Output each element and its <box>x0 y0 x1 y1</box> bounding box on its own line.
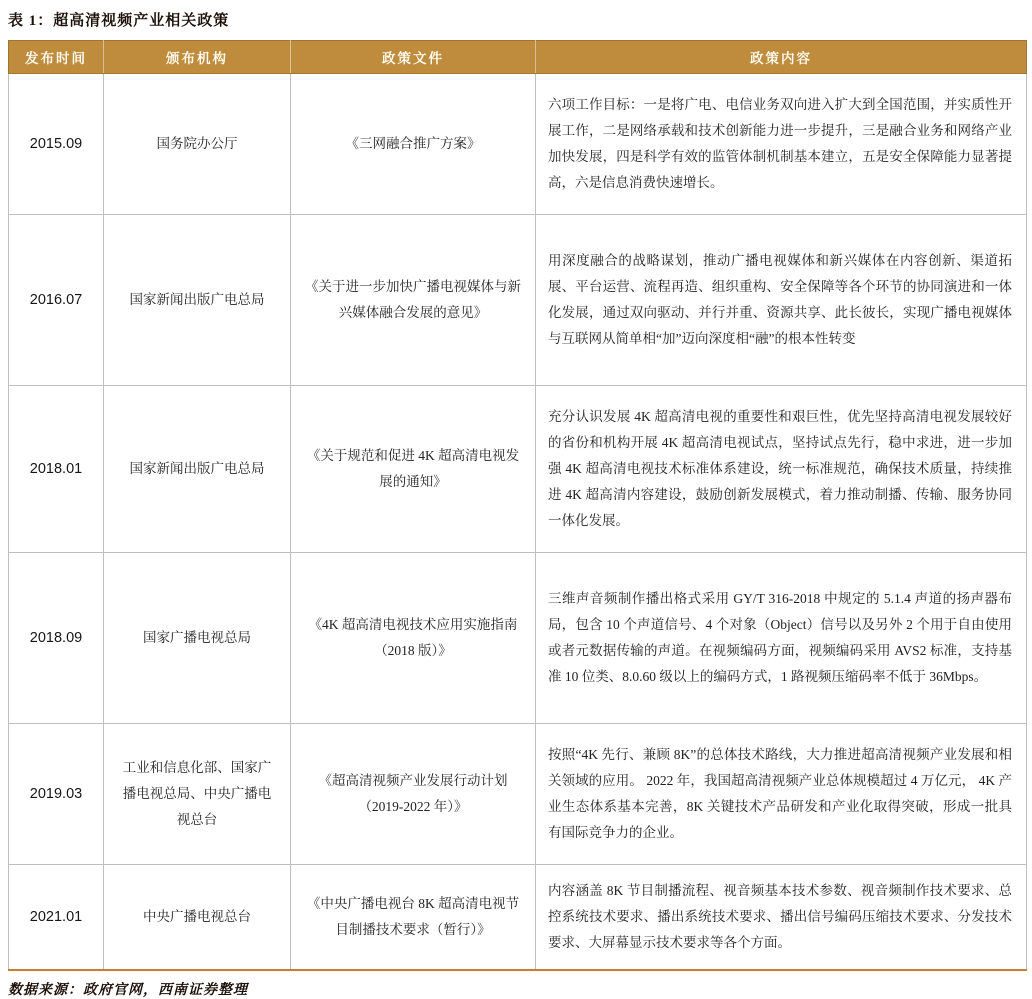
cell-publish-date: 2018.01 <box>9 386 104 553</box>
cell-policy-document: 《超高清视频产业发展行动计划（2019-2022 年）》 <box>291 724 536 865</box>
cell-publish-date: 2019.03 <box>9 724 104 865</box>
cell-policy-document: 《关于规范和促进 4K 超高清电视发展的通知》 <box>291 386 536 553</box>
table-row: 2018.01 国家新闻出版广电总局 《关于规范和促进 4K 超高清电视发展的通… <box>9 386 1027 553</box>
cell-policy-document: 《中央广播电视台 8K 超高清电视节目制播技术要求（暂行）》 <box>291 865 536 971</box>
cell-policy-content: 充分认识发展 4K 超高清电视的重要性和艰巨性，优先坚持高清电视发展较好的省份和… <box>536 386 1027 553</box>
table-row: 2016.07 国家新闻出版广电总局 《关于进一步加快广播电视媒体与新兴媒体融合… <box>9 215 1027 386</box>
cell-policy-document: 《关于进一步加快广播电视媒体与新兴媒体融合发展的意见》 <box>291 215 536 386</box>
cell-publish-date: 2018.09 <box>9 553 104 724</box>
cell-publish-date: 2015.09 <box>9 74 104 215</box>
cell-agency: 国家新闻出版广电总局 <box>104 215 291 386</box>
cell-policy-content: 六项工作目标：一是将广电、电信业务双向进入扩大到全国范围，并实质性开展工作，二是… <box>536 74 1027 215</box>
cell-policy-content: 三维声音频制作播出格式采用 GY/T 316-2018 中规定的 5.1.4 声… <box>536 553 1027 724</box>
cell-policy-content: 按照“4K 先行、兼顾 8K”的总体技术路线，大力推进超高清视频产业发展和相关领… <box>536 724 1027 865</box>
report-page: 表 1：超高清视频产业相关政策 发布时间 颁布机构 政策文件 政策内容 2015… <box>0 0 1032 914</box>
data-source-note: 数据来源：政府官网，西南证券整理 <box>8 979 1026 999</box>
col-header-agency: 颁布机构 <box>104 41 291 74</box>
cell-agency: 中央广播电视总台 <box>104 865 291 971</box>
cell-policy-content: 内容涵盖 8K 节目制播流程、视音频基本技术参数、视音频制作技术要求、总控系统技… <box>536 865 1027 971</box>
cell-agency: 国家新闻出版广电总局 <box>104 386 291 553</box>
cell-agency: 工业和信息化部、国家广播电视总局、中央广播电视总台 <box>104 724 291 865</box>
table-caption: 表 1：超高清视频产业相关政策 <box>8 9 1026 30</box>
table-row: 2018.09 国家广播电视总局 《4K 超高清电视技术应用实施指南（2018 … <box>9 553 1027 724</box>
cell-policy-document: 《三网融合推广方案》 <box>291 74 536 215</box>
col-header-policy-document: 政策文件 <box>291 41 536 74</box>
cell-agency: 国务院办公厅 <box>104 74 291 215</box>
policy-table: 发布时间 颁布机构 政策文件 政策内容 2015.09 国务院办公厅 《三网融合… <box>8 40 1027 971</box>
cell-policy-document: 《4K 超高清电视技术应用实施指南（2018 版）》 <box>291 553 536 724</box>
table-row: 2019.03 工业和信息化部、国家广播电视总局、中央广播电视总台 《超高清视频… <box>9 724 1027 865</box>
table-row: 2021.01 中央广播电视总台 《中央广播电视台 8K 超高清电视节目制播技术… <box>9 865 1027 971</box>
cell-agency: 国家广播电视总局 <box>104 553 291 724</box>
header-row: 发布时间 颁布机构 政策文件 政策内容 <box>9 41 1027 74</box>
table-row: 2015.09 国务院办公厅 《三网融合推广方案》 六项工作目标：一是将广电、电… <box>9 74 1027 215</box>
cell-publish-date: 2021.01 <box>9 865 104 971</box>
cell-publish-date: 2016.07 <box>9 215 104 386</box>
table-header: 发布时间 颁布机构 政策文件 政策内容 <box>9 41 1027 74</box>
col-header-policy-content: 政策内容 <box>536 41 1027 74</box>
cell-policy-content: 用深度融合的战略谋划，推动广播电视媒体和新兴媒体在内容创新、渠道拓展、平台运营、… <box>536 215 1027 386</box>
col-header-publish-date: 发布时间 <box>9 41 104 74</box>
